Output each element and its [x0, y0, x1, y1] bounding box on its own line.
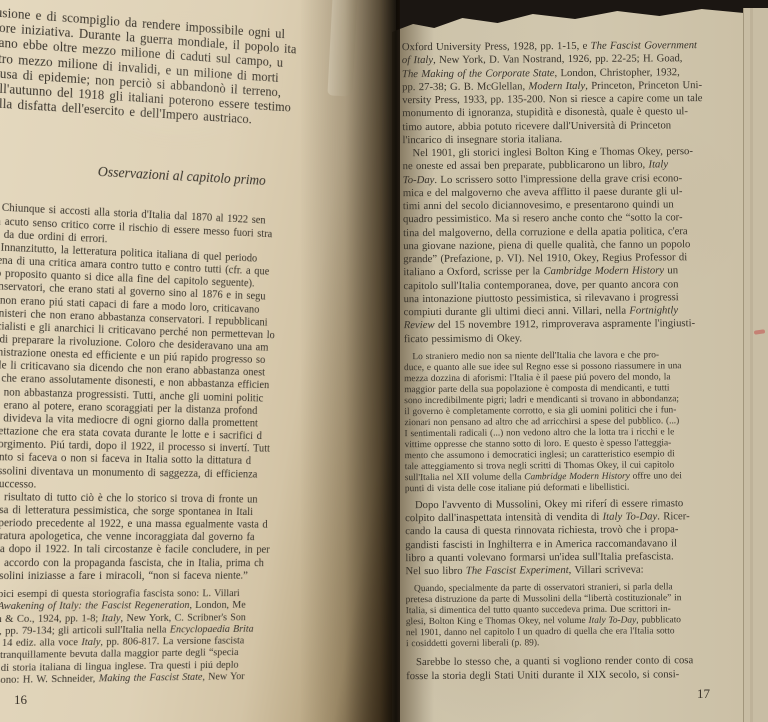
page-curl-edge [327, 0, 357, 97]
text-line: Nel 1901, gli storici inglesi Bolton Kin… [403, 145, 741, 161]
left-page-text: usione e di scompiglio da rendere imposs… [0, 5, 396, 687]
text-line: Oxford University Press, 1928, pp. 1-15,… [402, 39, 740, 55]
text-line: ficato pessimismo di Okey. [404, 330, 742, 346]
right-block-quote-1: Lo straniero medio non sa niente dell'It… [404, 350, 743, 495]
text-line: i cosiddetti governi liberali (p. 89). [406, 637, 744, 650]
text-line: scista dopo il 1922. In tali circostanze… [0, 544, 396, 558]
text-line: versity Press, 1933, pp. 135-200. Non si… [402, 92, 740, 108]
text-line: Review del 15 novembre 1912, rimproverav… [404, 317, 742, 333]
text-line: Nel suo libro The Fascist Experiment, Vi… [405, 563, 743, 579]
right-paragraph-2: Dopo l'avvento di Mussolini, Okey mi rif… [405, 497, 744, 579]
page-number-right: 17 [697, 686, 710, 702]
right-page-text: Oxford University Press, 1928, pp. 1-15,… [402, 39, 744, 683]
right-paragraph-3: Sarebbe lo stesso che, a quanti si vogli… [406, 654, 744, 683]
text-line: letteratura apologetica, che venne incor… [0, 530, 396, 545]
right-body-paragraphs: Oxford University Press, 1928, pp. 1-15,… [402, 39, 742, 346]
book-photo: usione e di scompiglio da rendere imposs… [0, 0, 768, 722]
right-page: Oxford University Press, 1928, pp. 1-15,… [392, 0, 744, 722]
left-page: usione e di scompiglio da rendere imposs… [0, 0, 396, 722]
right-block-quote-2: Quando, specialmente da parte di osserva… [406, 582, 744, 650]
text-line: punti di vista delle cose italiane piú d… [405, 482, 743, 495]
page-number-left: 16 [14, 692, 27, 708]
chapter-heading: Osservazioni al capitolo primo [0, 159, 365, 196]
left-footnote: Tipici esempi di questa storiografia fas… [0, 587, 396, 687]
text-line: fetto accordo con la propaganda fascista… [0, 557, 396, 570]
page-stack-edge [743, 8, 768, 722]
text-line: fosse la storia degli Stati Uniti durant… [406, 667, 744, 683]
text-line: Mussolini iniziasse a fare i miracoli, “… [0, 570, 396, 583]
left-body-paragraphs: Chiunque si accosti alla storia d'Italia… [0, 202, 396, 584]
